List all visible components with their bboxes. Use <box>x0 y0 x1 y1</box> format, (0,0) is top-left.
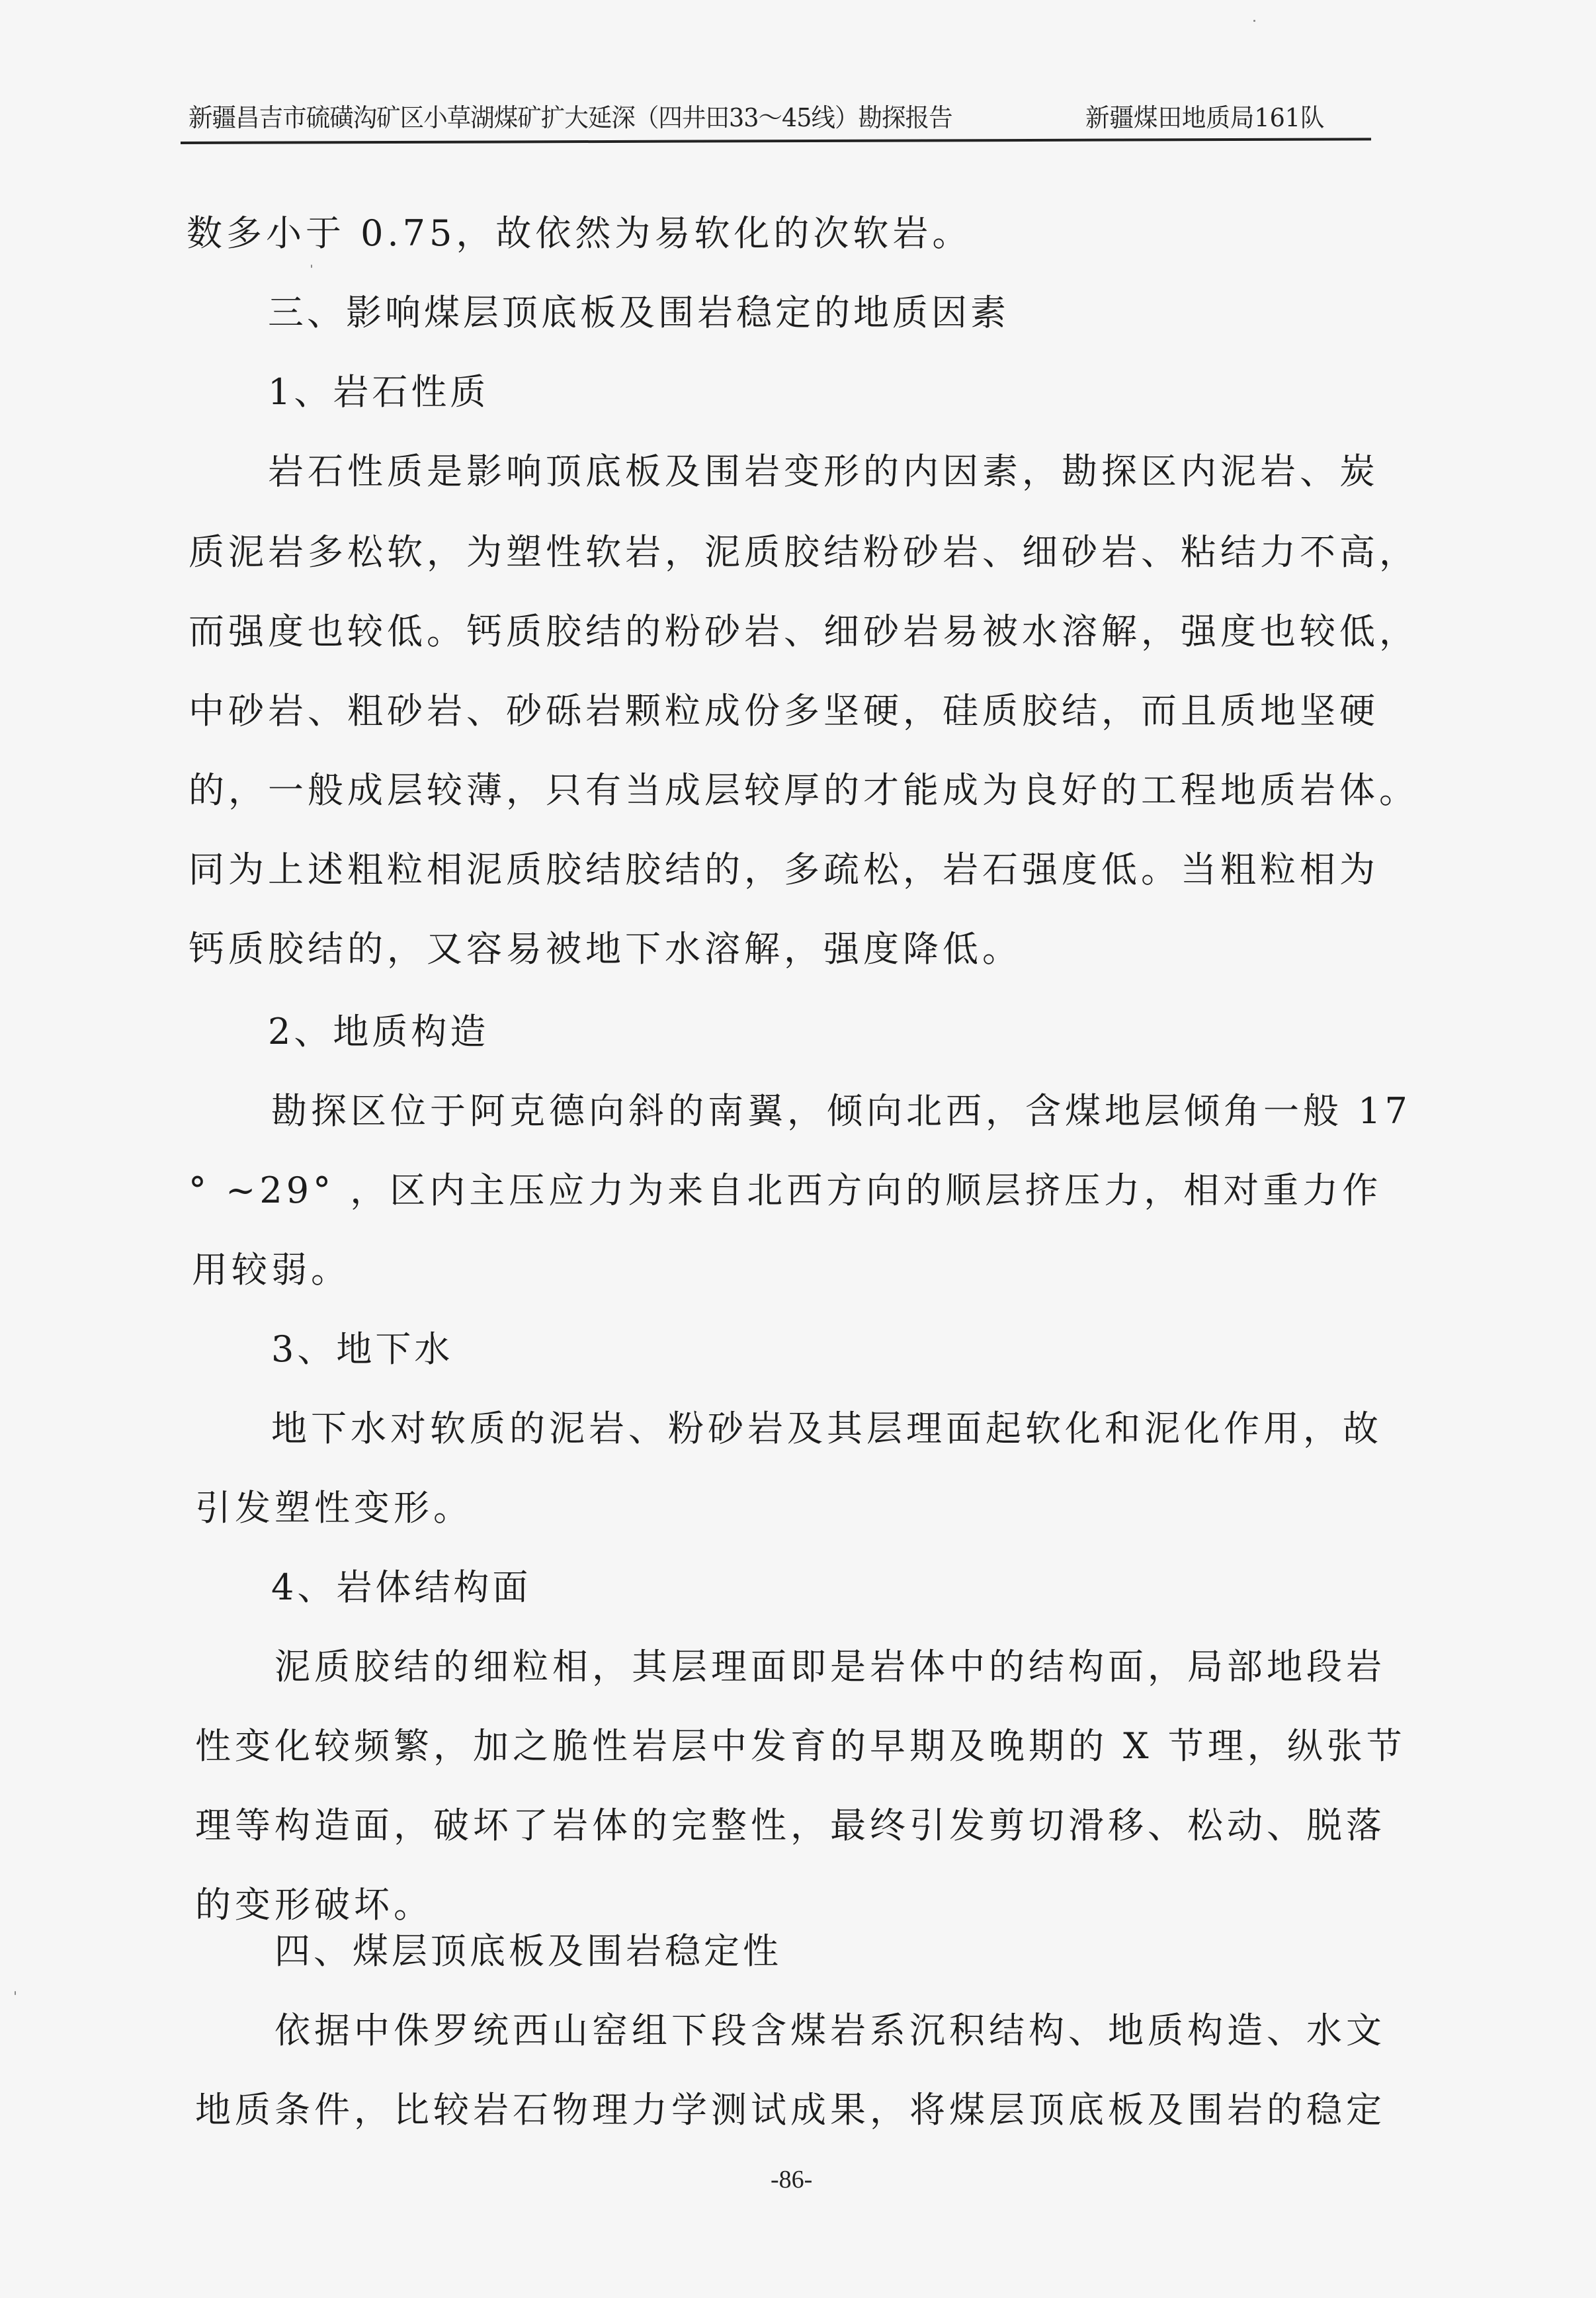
page-number: -86- <box>771 2165 812 2194</box>
document-page: 新疆昌吉市硫磺沟矿区小草湖煤矿扩大延深（四井田33～45线）勘探报告 新疆煤田地… <box>0 0 1596 2298</box>
section-heading: 四、煤层顶底板及围岩稳定性 <box>274 1928 782 1975</box>
body-line: 泥质胶结的细粒相，其层理面即是岩体中的结构面，局部地段岩 <box>274 1644 1386 1690</box>
header-divider <box>181 138 1371 144</box>
subsection-heading: 4、岩体结构面 <box>271 1564 531 1611</box>
body-line: 引发塑性变形。 <box>195 1485 473 1531</box>
subsection-heading: 2、地质构造 <box>268 1009 489 1055</box>
body-line: 性变化较频繁，加之脆性岩层中发育的早期及晚期的 X 节理，纵张节 <box>195 1723 1406 1769</box>
body-line: 用较弱。 <box>192 1247 351 1293</box>
body-line: 依据中侏罗统西山窑组下段含煤岩系沉积结构、地质构造、水文 <box>274 2008 1386 2054</box>
body-line: 数多小于 0.75，故依然为易软化的次软岩。 <box>187 210 972 257</box>
body-line: 理等构造面，破坏了岩体的完整性，最终引发剪切滑移、松动、脱落 <box>195 1803 1386 1849</box>
body-line: 的，一般成层较薄，只有当成层较厚的才能成为良好的工程地质岩体。 <box>189 767 1419 814</box>
body-line: ° ~29° ，区内主压应力为来自北西方向的顺层挤压力，相对重力作 <box>189 1168 1382 1214</box>
body-line: 中砂岩、粗砂岩、砂砾岩颗粒成份多坚硬，硅质胶结，而且质地坚硬 <box>189 688 1379 734</box>
scan-speck <box>311 265 312 268</box>
scan-speck <box>1253 20 1255 22</box>
body-line: 质泥岩多松软，为塑性软岩，泥质胶结粉砂岩、细砂岩、粘结力不高， <box>189 529 1419 575</box>
body-line: 勘探区位于阿克德向斜的南翼，倾向北西，含煤地层倾角一般 17 <box>271 1088 1411 1134</box>
report-title: 新疆昌吉市硫磺沟矿区小草湖煤矿扩大延深（四井田33～45线）勘探报告 <box>189 98 952 138</box>
body-line: 岩石性质是影响顶底板及围岩变形的内因素，勘探区内泥岩、炭 <box>268 448 1379 495</box>
page-header: 新疆昌吉市硫磺沟矿区小草湖煤矿扩大延深（四井田33～45线）勘探报告 新疆煤田地… <box>181 98 1371 138</box>
body-line: 地下水对软质的泥岩、粉砂岩及其层理面起软化和泥化作用，故 <box>271 1406 1382 1452</box>
body-line: 的变形破坏。 <box>195 1882 433 1928</box>
scan-speck <box>15 1991 16 1995</box>
section-heading: 三、影响煤层顶底板及围岩稳定的地质因素 <box>268 290 1009 336</box>
body-line: 而强度也较低。钙质胶结的粉砂岩、细砂岩易被水溶解，强度也较低， <box>189 609 1419 655</box>
body-line: 地质条件，比较岩石物理力学测试成果，将煤层顶底板及围岩的稳定 <box>195 2087 1386 2133</box>
body-line: 同为上述粗粒相泥质胶结胶结的，多疏松，岩石强度低。当粗粒相为 <box>189 847 1379 893</box>
subsection-heading: 3、地下水 <box>271 1326 453 1373</box>
body-line: 钙质胶结的，又容易被地下水溶解，强度降低。 <box>189 926 1022 972</box>
subsection-heading: 1、岩石性质 <box>268 369 489 415</box>
organization-name: 新疆煤田地质局161队 <box>1085 98 1324 138</box>
